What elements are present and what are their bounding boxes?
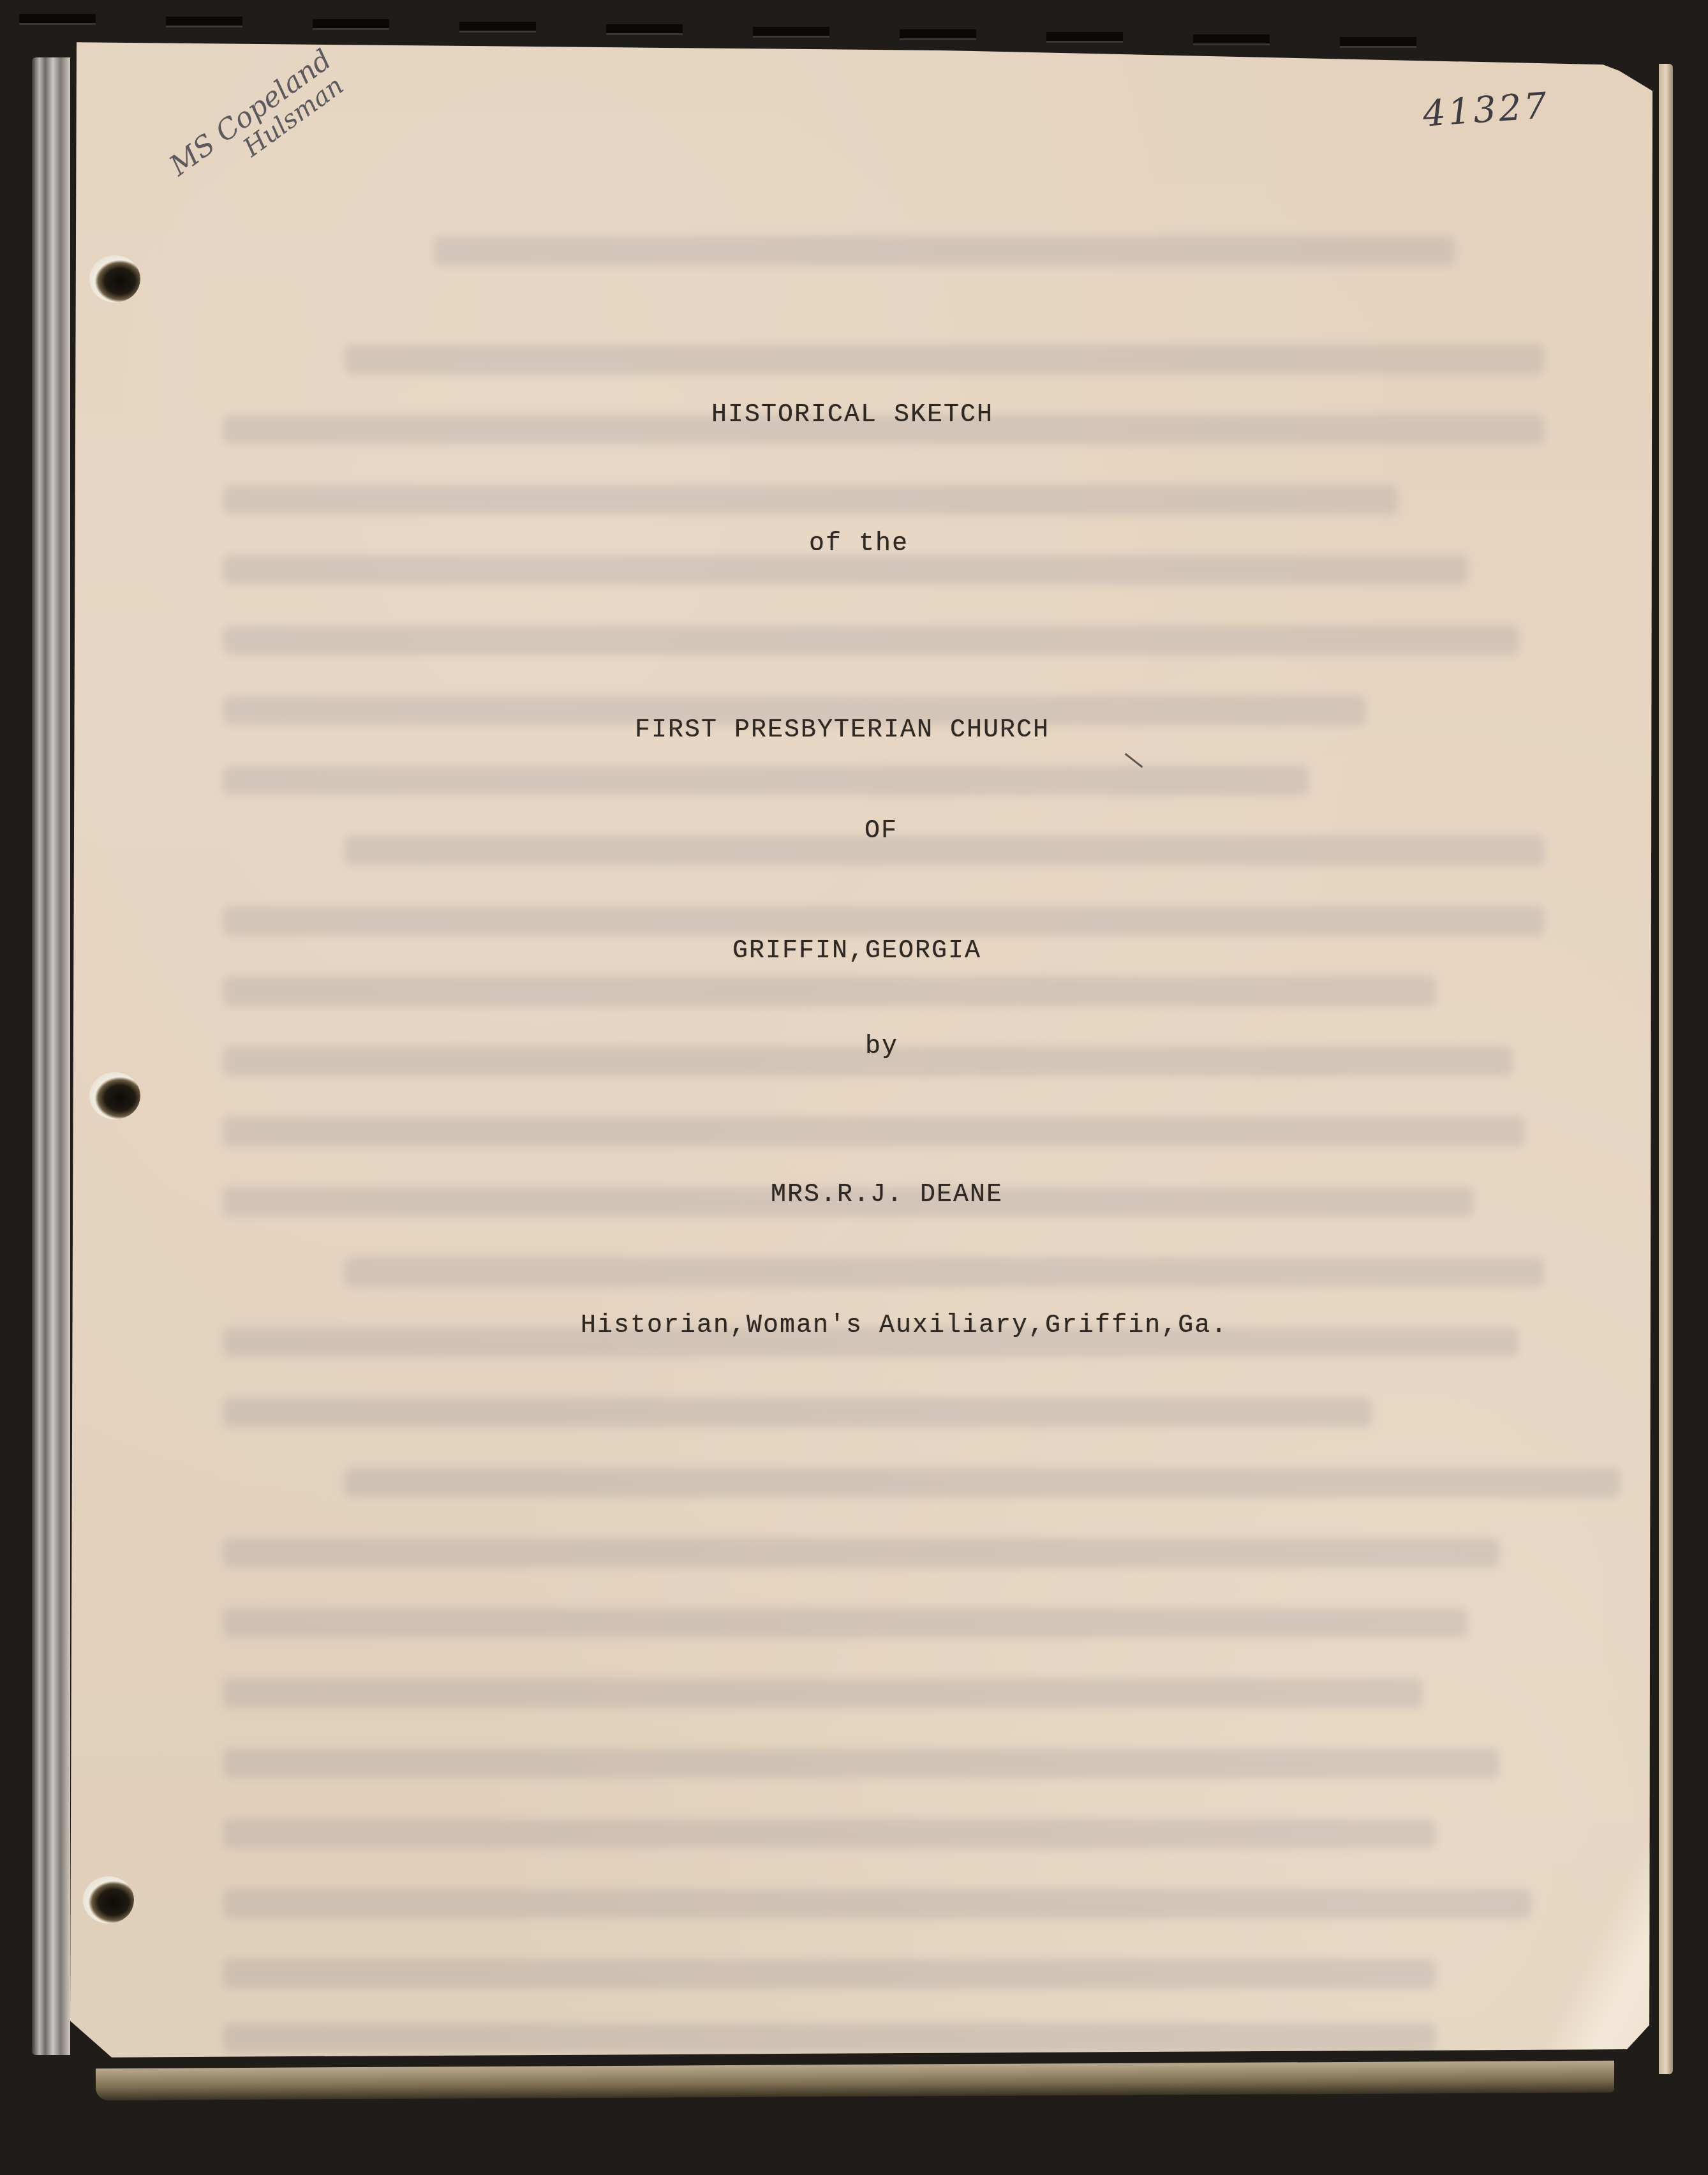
title-line-by: by bbox=[865, 1033, 898, 1061]
author-name: MRS.R.J. DEANE bbox=[771, 1181, 1003, 1209]
title-line-of-the: of the bbox=[809, 530, 909, 558]
title-line-of: OF bbox=[865, 817, 898, 846]
author-title: Historian,Woman's Auxiliary,Griffin,Ga. bbox=[581, 1312, 1228, 1340]
title-line-location: GRIFFIN,GEORGIA bbox=[732, 937, 981, 966]
title-line-historical-sketch: HISTORICAL SKETCH bbox=[711, 401, 993, 430]
catalog-number: 41327 bbox=[1422, 85, 1550, 135]
title-block: HISTORICAL SKETCH of the FIRST PRESBYTER… bbox=[0, 0, 1708, 2175]
title-line-church-name: FIRST PRESBYTERIAN CHURCH bbox=[635, 716, 1050, 745]
